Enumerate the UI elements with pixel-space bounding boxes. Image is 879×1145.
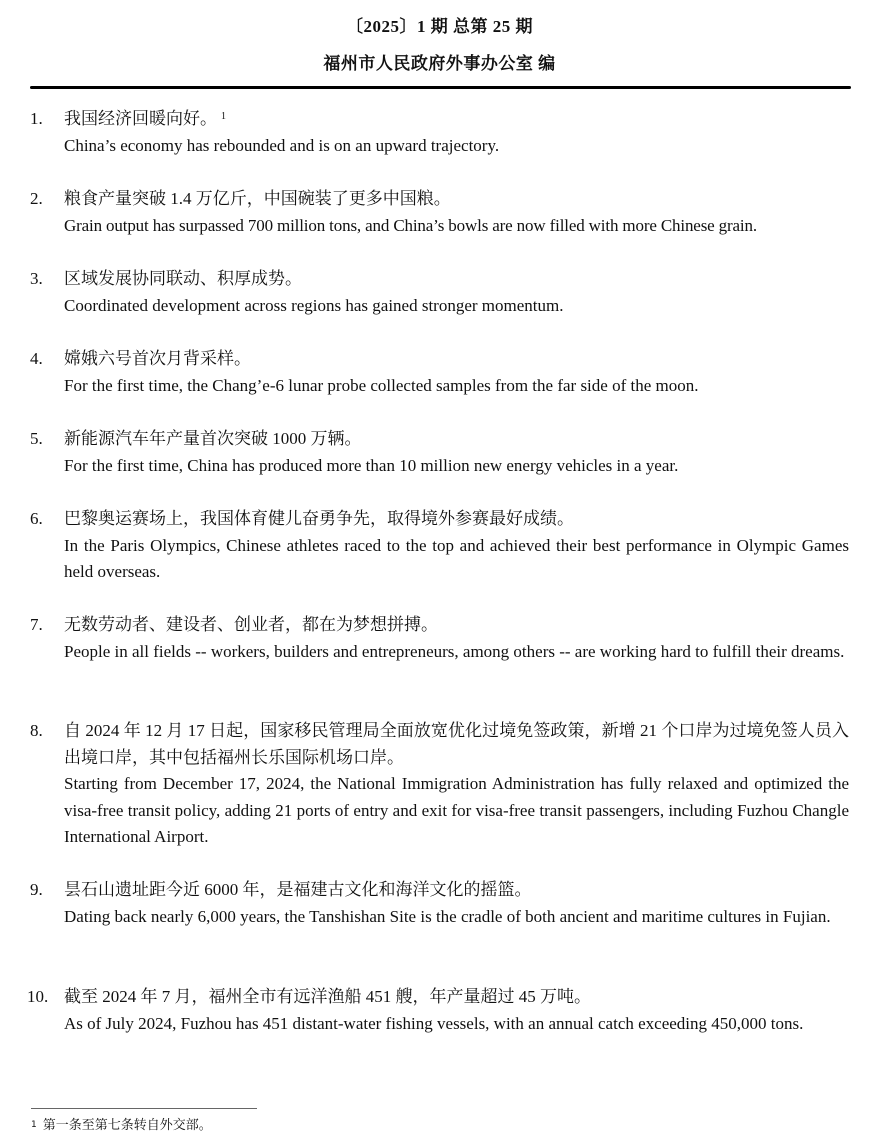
item-chinese: 区域发展协同联动、积厚成势。 [64,266,849,293]
item-chinese-text: 我国经济回暖向好。 [64,109,217,128]
item-number: 3. [30,266,43,293]
item-chinese: 嫦娥六号首次月背采样。 [64,346,849,373]
item-english: For the first time, China has produced m… [64,453,849,480]
item-english: China’s economy has rebounded and is on … [64,133,849,160]
item-chinese: 自 2024 年 12 月 17 日起，国家移民管理局全面放宽优化过境免签政策，… [64,718,849,771]
item-chinese: 粮食产量突破 1.4 万亿斤，中国碗装了更多中国粮。 [64,186,849,213]
item-english: Grain output has surpassed 700 million t… [64,213,849,240]
item-number: 8. [30,718,43,745]
issue-number: 〔2025〕1 期 总第 25 期 [0,12,879,37]
item-number: 2. [30,186,43,213]
item-chinese: 巴黎奥运赛场上，我国体育健儿奋勇争先，取得境外参赛最好成绩。 [64,506,849,533]
item-english: Starting from December 17, 2024, the Nat… [64,771,849,851]
footnote: 1第一条至第七条转自外交部。 [31,1117,212,1135]
item-number: 1. [30,106,43,133]
item-chinese: 新能源汽车年产量首次突破 1000 万辆。 [64,426,849,453]
editor-line: 福州市人民政府外事办公室 编 [0,49,879,74]
item-chinese: 我国经济回暖向好。1 [64,106,849,133]
footnote-text: 第一条至第七条转自外交部。 [43,1118,212,1133]
footnote-divider [31,1108,257,1109]
item-english: Coordinated development across regions h… [64,293,849,320]
header-divider [30,86,851,89]
item-number: 7. [30,612,43,639]
item-english: For the first time, the Chang’e-6 lunar … [64,373,849,400]
item-chinese: 截至 2024 年 7 月，福州全市有远洋渔船 451 艘，年产量超过 45 万… [64,984,849,1011]
item-number: 9. [30,877,43,904]
item-chinese: 昙石山遗址距今近 6000 年，是福建古文化和海洋文化的摇篮。 [64,877,849,904]
item-english: As of July 2024, Fuzhou has 451 distant-… [64,1011,849,1038]
footnote-mark: 1 [31,1120,37,1130]
item-english: Dating back nearly 6,000 years, the Tans… [64,904,849,931]
footnote-reference[interactable]: 1 [221,111,226,122]
item-chinese: 无数劳动者、建设者、创业者，都在为梦想拼搏。 [64,612,849,639]
item-number: 4. [30,346,43,373]
item-number: 10. [27,984,48,1011]
item-english: In the Paris Olympics, Chinese athletes … [64,533,849,586]
item-number: 5. [30,426,43,453]
item-number: 6. [30,506,43,533]
item-english: People in all fields -- workers, builder… [64,639,849,666]
